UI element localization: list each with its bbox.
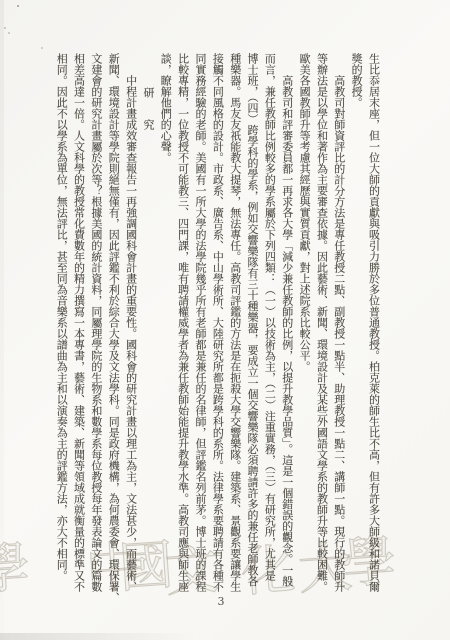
- text-column-13: 談，瞭解他們的心聲。: [157, 53, 174, 601]
- scan-speck: [4, 27, 6, 29]
- text-column-3: 高教司對師資評比的計分方法是專任教授二點、副教授一點半、助理教授一點二、講師一點…: [331, 75, 348, 623]
- text-column-4: 等辦法是以學位和著作為主要審查依據。因此藝術、新聞、環境設計及某些外國語文學系的…: [313, 53, 330, 601]
- text-column-1: 生比忝居末座，但一位大師的貢獻與吸引力勝於多位普通教授。柏克萊的師生比不高，但有…: [366, 53, 383, 601]
- scan-speck: [41, 47, 43, 49]
- text-column-11: 同實務經驗的老師。美國有一所大學的法學院幾乎所有老師都是兼任的名律師，但評鑑名列…: [192, 53, 209, 601]
- scan-speck: [377, 236, 379, 238]
- document-page: 學中國文化大學 生比忝居末座，但一位大師的貢獻與吸引力勝於多位普通教授。柏克萊的…: [0, 0, 450, 640]
- text-column-6: 高教司和評審委員都一再求各大學「減少兼任教師的比例，以提升教學品質」。這是一個錯…: [279, 75, 296, 623]
- section-heading-research: 研 究: [140, 87, 157, 635]
- text-column-5: 歐美各國教師升等考慮其經歷與實質貢獻，對上述院系比較公平。: [296, 53, 313, 601]
- text-column-16: 新聞、環境設計等學院則絕無僅有，因此評鑑不利於綜合大學及文法學科。同是政府機構，…: [105, 53, 122, 601]
- text-column-7: 而言，兼任教師比例較多的學系屬於下列四類：（一）以技術為主，（二）注重實務，（三…: [261, 53, 278, 601]
- text-column-17: 文建會的研究計畫屬於次等？根據美國的統計資料，同屬理學院的生物系和數學系每位教授…: [88, 53, 105, 601]
- text-column-9: 種樂器。馬友友祇能教大提琴，無法專任。高教司評鑑的方法是在扼殺大學交響樂隊。建築…: [227, 53, 244, 601]
- watermark-partial-char: 學: [0, 540, 32, 598]
- text-column-12: 比較專精，一位教授不可能教三、四門課，唯有聘請權威學者為兼任教師始能提升教學水準…: [175, 53, 192, 601]
- scan-edge-shadow: [0, 633, 260, 640]
- scan-speck: [17, 5, 19, 7]
- text-column-18: 相差高達一倍。人文科學的教授常化費數年的精力撰寫一本專書，藝術、建築、新聞等領域…: [71, 53, 88, 601]
- scan-speck: [8, 32, 10, 34]
- text-column-19: 相同。因此不以學系為單位，無法評比，甚至同為音樂系以譜曲為主和以演奏為主的評鑑方…: [53, 53, 70, 601]
- page-number: 3: [213, 595, 229, 608]
- scan-edge-shadow: [0, 0, 4, 640]
- text-column-10: 接觸不同風格的設計。市政系、廣告系、中山學術所、大陸研究所都是跨學科的系所。法律…: [209, 53, 226, 601]
- text-column-15: 中程計畫成效審查報告一再強調國科會計畫的重要性。國科會的研究計畫以理工為主，文法…: [123, 75, 140, 623]
- text-column-8: 博士班，（四）跨學科的學系，例如交響樂隊有三十種樂器，要成立一個交響樂隊必須聘請…: [244, 53, 261, 601]
- text-column-2: 獎的教授。: [348, 53, 365, 601]
